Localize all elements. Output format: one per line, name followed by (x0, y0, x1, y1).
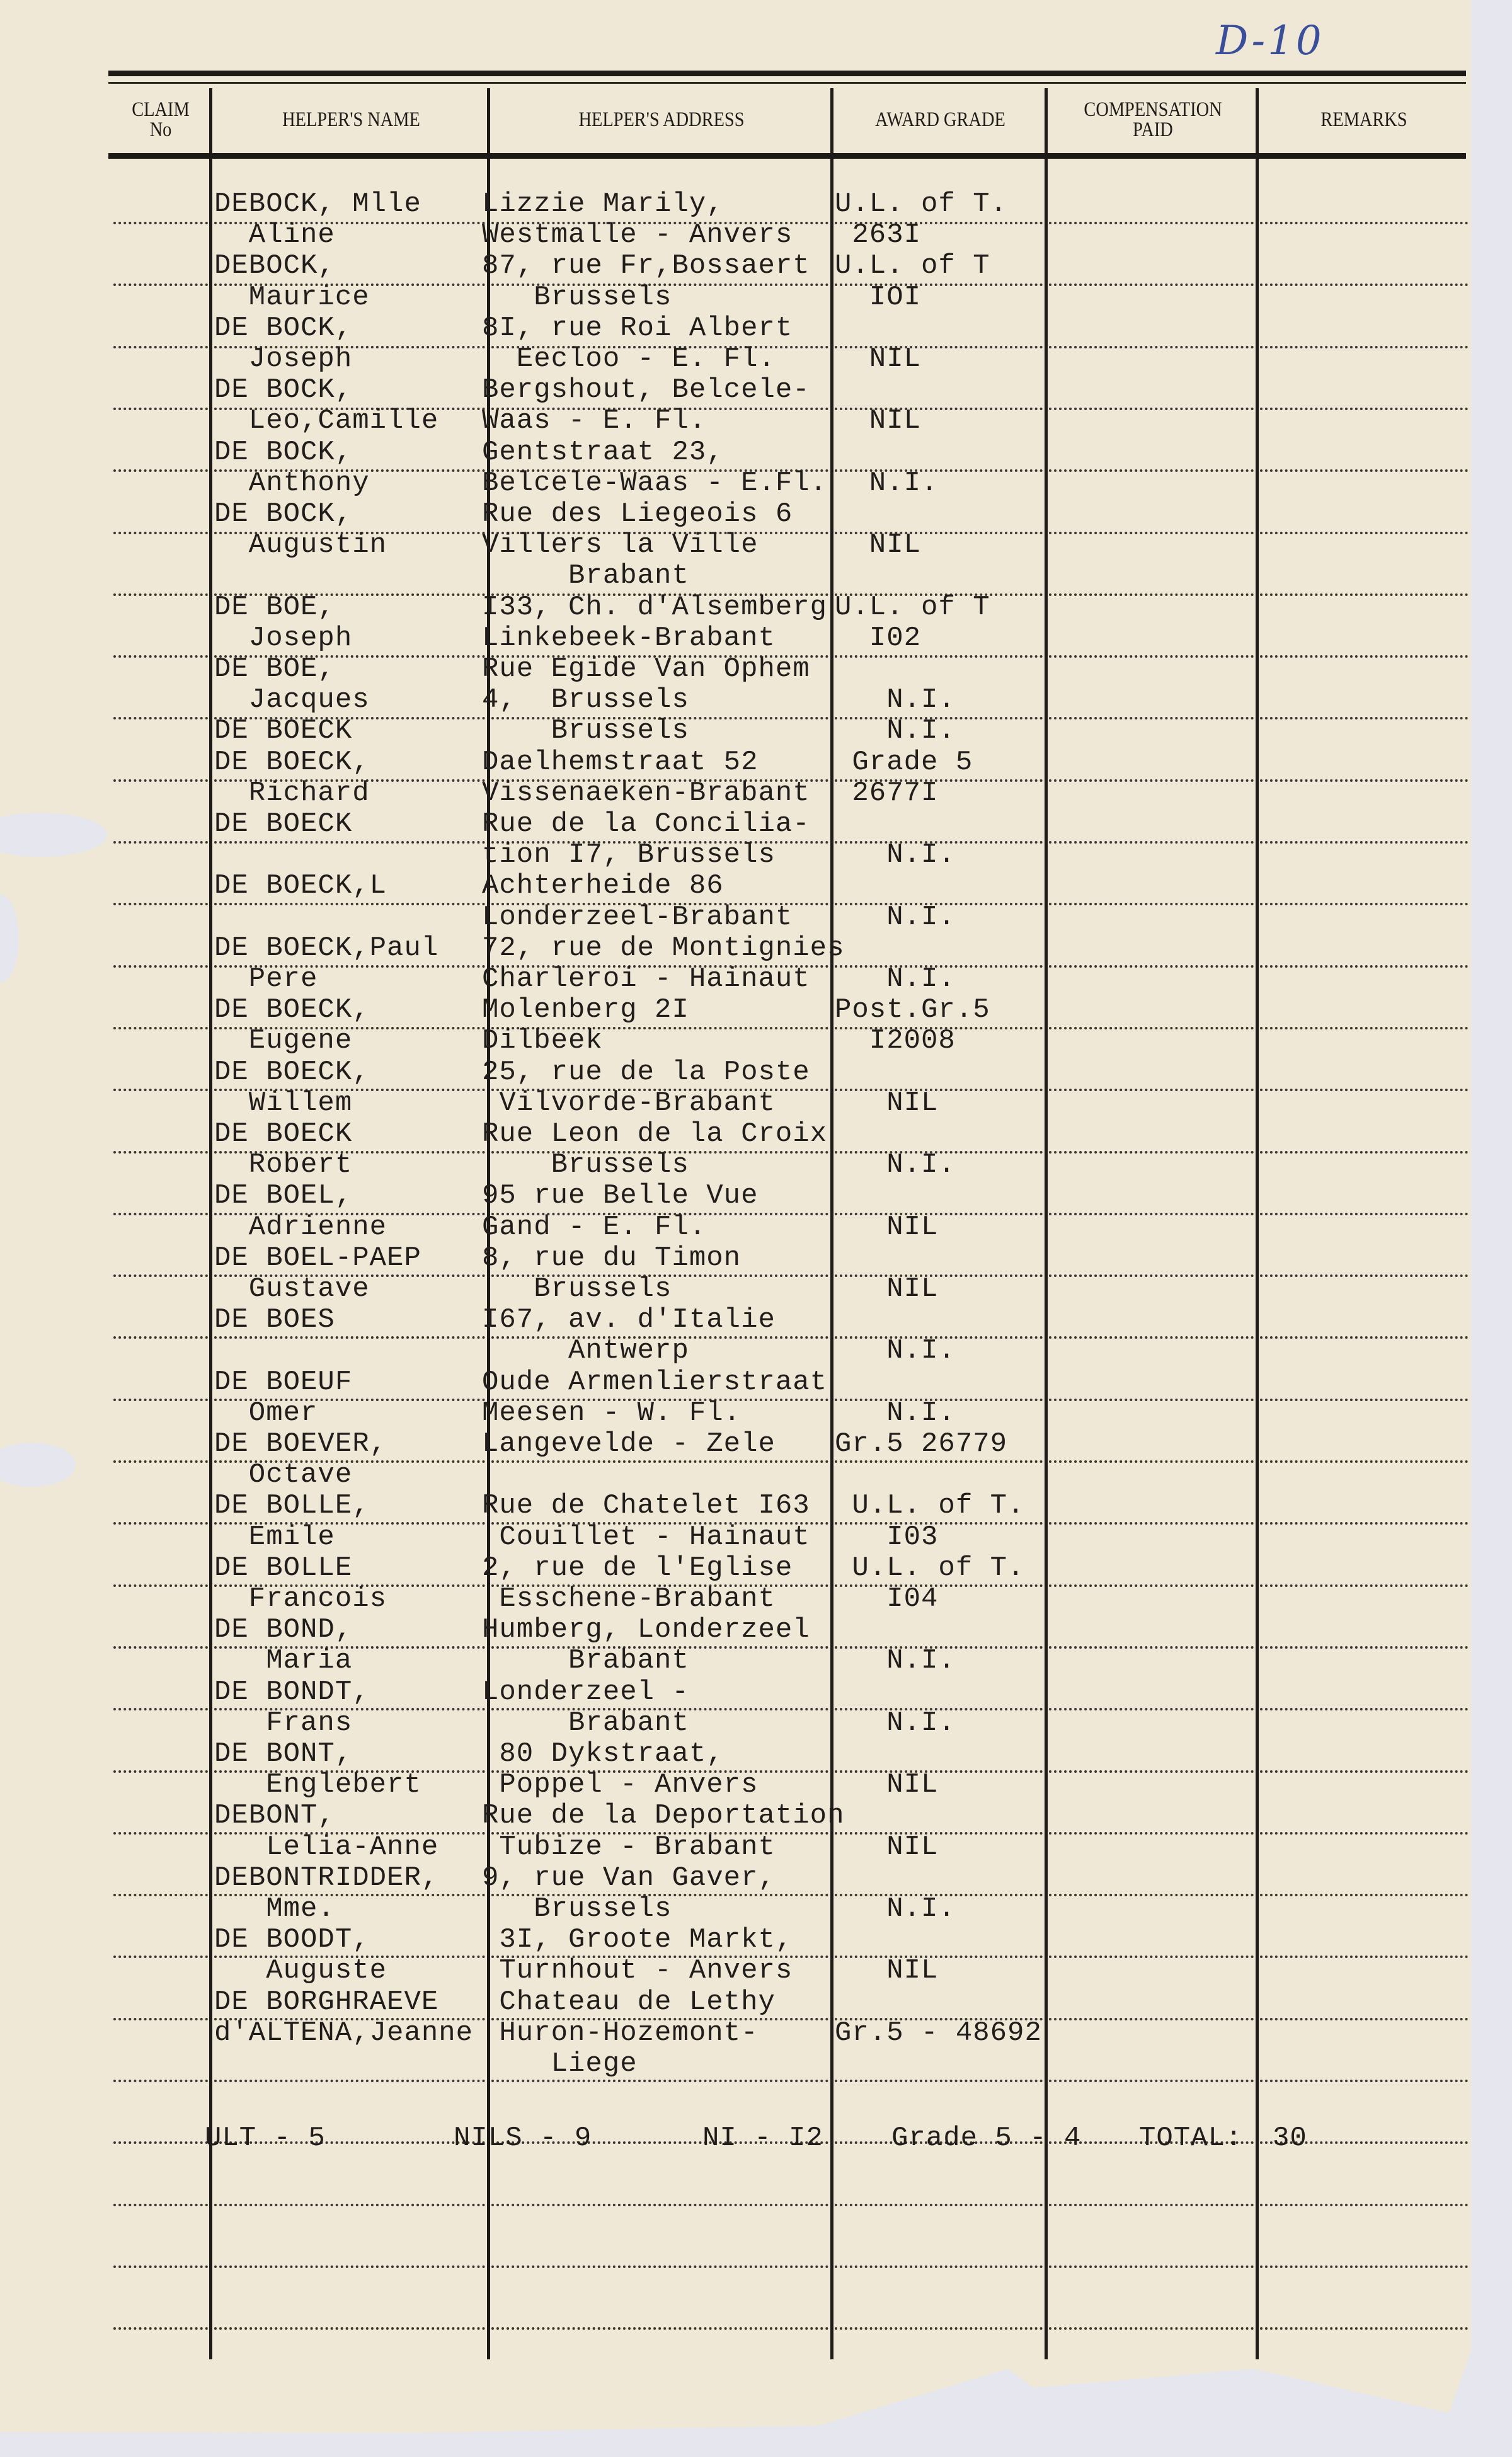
dotted-rule (113, 841, 208, 844)
helper-address: Brussels (482, 282, 672, 313)
dotted-rule (835, 2080, 1043, 2082)
award-grade: Gr.5 26779 (835, 1429, 1007, 1460)
award-grade: U.L. of T. (835, 1553, 1024, 1584)
helper-address: 87, rue Fr,Bossaert (482, 251, 810, 282)
helper-name: DE BOECK (214, 1119, 352, 1150)
dotted-rule (1260, 779, 1468, 782)
helper-name: Francois (214, 1584, 387, 1615)
helper-name: DE BOEUF (214, 1367, 352, 1398)
dotted-rule (113, 1399, 208, 1401)
helper-name: Eugene (214, 1026, 352, 1057)
helper-name: DE BOODT, (214, 1925, 370, 1956)
dotted-rule (113, 2327, 208, 2330)
helper-address: Rue de la Deportation (482, 1801, 845, 1831)
award-grade: Post.Gr.5 (835, 995, 990, 1026)
top-thin-rule (108, 82, 1466, 84)
header-remarks: REMARKS (1274, 88, 1453, 151)
helper-address: Linkebeek-Brabant (482, 623, 776, 654)
helper-address: Chateau de Lethy (482, 1987, 776, 2018)
helper-address: Couillet - Hainaut (482, 1522, 810, 1553)
dotted-rule (835, 655, 1043, 658)
helper-name: Anthony (214, 468, 370, 499)
helper-name: Gustave (214, 1274, 370, 1305)
summary-total-label: TOTAL: (1139, 2123, 1242, 2154)
dotted-rule (1049, 1274, 1254, 1277)
helper-address: 8, rue du Timon (482, 1243, 741, 1274)
helper-name: DE BOLLE (214, 1553, 352, 1584)
dotted-rule (113, 1832, 208, 1835)
helper-name: DEBOCK, (214, 251, 335, 282)
helper-address: 80 Dykstraat, (482, 1739, 724, 1770)
dotted-rule (113, 1770, 208, 1773)
dotted-rule (1260, 717, 1468, 719)
helper-name: Omer (214, 1398, 318, 1429)
helper-address: I33, Ch. d'Alsemberg (482, 592, 827, 623)
helper-name: Auguste (214, 1956, 387, 1986)
dotted-rule (1260, 1336, 1468, 1339)
dotted-rule (1260, 1460, 1468, 1463)
header-helpers-name: HELPER'S NAME (233, 88, 469, 151)
helper-address: Oude Armenlierstraat (482, 1367, 827, 1398)
helper-address: Antwerp (482, 1336, 689, 1366)
award-grade: N.I. (835, 1646, 956, 1676)
award-grade: IOI (835, 282, 921, 313)
award-grade: NIL (835, 530, 921, 561)
award-grade: N.I. (835, 1398, 956, 1429)
helper-name: DE BOECK, (214, 1057, 370, 1088)
helper-name: DE BOECK,L (214, 871, 387, 902)
dotted-rule (1049, 1089, 1254, 1091)
award-grade: U.L. of T (835, 251, 990, 282)
helper-name: DE BOND, (214, 1615, 352, 1646)
award-grade: 2677I (835, 778, 938, 809)
dotted-rule (113, 222, 208, 224)
dotted-rule (1260, 1584, 1468, 1587)
helper-name: DE BOECK, (214, 747, 370, 778)
dotted-rule (1049, 903, 1254, 905)
dotted-rule (113, 469, 208, 472)
helper-address: Londerzeel - (482, 1677, 689, 1708)
dotted-rule (1260, 222, 1468, 224)
helper-address: Eecloo - E. Fl. (482, 344, 776, 375)
helper-address: tion I7, Brussels (482, 840, 776, 871)
helper-name: Pere (214, 964, 318, 995)
dotted-rule (1260, 1770, 1468, 1773)
helper-name: DE BOES (214, 1305, 335, 1336)
dotted-rule (1049, 2204, 1254, 2206)
award-grade: N.I. (835, 840, 956, 871)
dotted-rule (113, 2141, 208, 2144)
summary-ni: NI - I2 (702, 2123, 823, 2154)
helper-name: DE BONT, (214, 1739, 352, 1770)
dotted-rule (1049, 1151, 1254, 1154)
dotted-rule (113, 2204, 208, 2206)
helper-address: Turnhout - Anvers (482, 1956, 793, 1986)
dotted-rule (1049, 469, 1254, 472)
award-grade: NIL (835, 1770, 938, 1801)
helper-address: Brussels (482, 1150, 689, 1181)
dotted-rule (1049, 2018, 1254, 2020)
helper-address: Rue de la Concilia- (482, 809, 810, 840)
dotted-rule (113, 1584, 208, 1587)
dotted-rule (113, 1894, 208, 1896)
dotted-rule (1049, 1460, 1254, 1463)
award-grade: I04 (835, 1584, 938, 1615)
handwritten-annotation: D-10 (1216, 18, 1324, 64)
dotted-rule (1260, 1213, 1468, 1215)
dotted-rule (1049, 2327, 1254, 2330)
dotted-rule (1049, 1894, 1254, 1896)
dotted-rule (214, 1336, 485, 1339)
dotted-rule (1260, 2080, 1468, 2082)
helper-address: Rue Leon de la Croix (482, 1119, 827, 1150)
award-grade: U.L. of T. (835, 1491, 1024, 1521)
helper-address: Lizzie Marily, (482, 189, 724, 220)
dotted-rule (1049, 655, 1254, 658)
helper-address: Brabant (482, 1646, 689, 1676)
summary-nils: NILS - 9 (454, 2123, 592, 2154)
helper-name: DE BOECK (214, 716, 352, 747)
award-grade: N.I. (835, 716, 956, 747)
dotted-rule (1049, 1646, 1254, 1649)
helper-name: DE BOECK, (214, 995, 370, 1026)
dotted-rule (1260, 2204, 1468, 2206)
award-grade: I2008 (835, 1026, 956, 1057)
helper-address: Liege (482, 2049, 638, 2080)
helper-address: 4, Brussels (482, 685, 689, 716)
helper-name: Adrienne (214, 1212, 387, 1243)
dotted-rule (113, 1151, 208, 1154)
dotted-rule (1260, 841, 1468, 844)
helper-address: Achterheide 86 (482, 871, 724, 902)
dotted-rule (113, 1336, 208, 1339)
helper-name: Emile (214, 1522, 335, 1553)
dotted-rule (1049, 717, 1254, 719)
award-grade: N.I. (835, 1894, 956, 1925)
helper-address: Vilvorde-Brabant (482, 1088, 776, 1119)
dotted-rule (1049, 2080, 1254, 2082)
dotted-rule (1260, 593, 1468, 596)
dotted-rule (1260, 2327, 1468, 2330)
dotted-rule (214, 841, 485, 844)
helper-address: Langevelde - Zele (482, 1429, 776, 1460)
helper-address: 9, rue Van Gaver, (482, 1863, 776, 1894)
helper-name: DE BOCK, (214, 313, 352, 344)
helper-name: DE BORGHRAEVE (214, 1987, 438, 2018)
dotted-rule (113, 655, 208, 658)
helper-address: Huron-Hozemont- (482, 2018, 758, 2049)
dotted-rule (214, 903, 485, 905)
dotted-rule (1260, 346, 1468, 348)
award-grade: N.I. (835, 1336, 956, 1366)
dotted-rule (1260, 408, 1468, 410)
helper-address: Waas - E. Fl. (482, 406, 706, 437)
dotted-rule (1049, 2265, 1254, 2268)
award-grade: NIL (835, 1088, 938, 1119)
helper-address: Vissenaeken-Brabant (482, 778, 810, 809)
dotted-rule (1049, 1027, 1254, 1029)
helper-address: Poppel - Anvers (482, 1770, 758, 1801)
helper-address: Rue des Liegeois 6 (482, 499, 793, 530)
helper-name: DEBOCK, Mlle (214, 189, 421, 220)
helper-address: 2, rue de l'Eglise (482, 1553, 793, 1584)
award-grade: NIL (835, 1832, 938, 1863)
dotted-rule (113, 2080, 208, 2082)
dotted-rule (113, 283, 208, 286)
dotted-rule (491, 1460, 828, 1463)
dotted-rule (1260, 2265, 1468, 2268)
helper-name: Robert (214, 1150, 352, 1181)
helper-address: Humberg, Londerzeel (482, 1615, 810, 1646)
helper-address: Bergshout, Belcele- (482, 375, 810, 406)
award-grade: Gr.5 - 48692 (835, 2018, 1042, 2049)
helper-address: Gand - E. Fl. (482, 1212, 706, 1243)
dotted-rule (113, 1522, 208, 1525)
helper-name: Aline (214, 220, 335, 251)
helper-address: Westmalle - Anvers (482, 220, 793, 251)
header-bottom-rule (108, 153, 1466, 159)
award-grade: N.I. (835, 1708, 956, 1739)
dotted-rule (113, 532, 208, 534)
helper-address: Brabant (482, 561, 689, 592)
dotted-rule (491, 2080, 828, 2082)
dotted-rule (1049, 222, 1254, 224)
dotted-rule (113, 717, 208, 719)
dotted-rule (1049, 1522, 1254, 1525)
dotted-rule (113, 346, 208, 348)
dotted-rule (1049, 1956, 1254, 1958)
dotted-rule (491, 2265, 828, 2268)
helper-address: Rue Egide Van Ophem (482, 654, 810, 685)
helper-address: Dilbeek (482, 1026, 603, 1057)
dotted-rule (113, 1274, 208, 1277)
dotted-rule (835, 1460, 1043, 1463)
dotted-rule (1260, 1894, 1468, 1896)
column-divider-claim-name (209, 88, 212, 2359)
award-grade: N.I. (835, 964, 956, 995)
dotted-rule (1049, 1770, 1254, 1773)
header-helpers-address: HELPER'S ADDRESS (515, 88, 808, 151)
helper-name: DE BOCK, (214, 375, 352, 406)
helper-address: Londerzeel-Brabant (482, 902, 793, 933)
dotted-rule (491, 2204, 828, 2206)
header-compensation-paid: COMPENSATION PAID (1063, 88, 1242, 151)
helper-address: 95 rue Belle Vue (482, 1181, 758, 1211)
helper-address: Charleroi - Hainaut (482, 964, 810, 995)
helper-name: DE BOE, (214, 654, 335, 685)
dotted-rule (1049, 532, 1254, 534)
award-grade: NIL (835, 406, 921, 437)
helper-name: Richard (214, 778, 370, 809)
helper-address: Molenberg 2I (482, 995, 689, 1026)
dotted-rule (1260, 1832, 1468, 1835)
helper-name: Joseph (214, 623, 352, 654)
award-grade: N.I. (835, 1150, 956, 1181)
helper-address: Brussels (482, 1274, 672, 1305)
dotted-rule (835, 2265, 1043, 2268)
dotted-rule (1049, 841, 1254, 844)
dotted-rule (1049, 346, 1254, 348)
summary-ult: ULT - 5 (205, 2123, 326, 2154)
helper-address: Brabant (482, 1708, 689, 1739)
dotted-rule (1260, 1089, 1468, 1091)
award-grade: I02 (835, 623, 921, 654)
dotted-rule (1049, 1213, 1254, 1215)
helper-address: 25, rue de la Poste (482, 1057, 810, 1088)
dotted-rule (113, 1089, 208, 1091)
dotted-rule (1260, 1646, 1468, 1649)
helper-address: Tubize - Brabant (482, 1832, 776, 1863)
helper-name: Octave (214, 1460, 352, 1491)
dotted-rule (1260, 532, 1468, 534)
dotted-rule (1049, 1584, 1254, 1587)
helper-address: 3I, Groote Markt, (482, 1925, 793, 1956)
dotted-rule (1049, 1708, 1254, 1710)
dotted-rule (214, 2265, 485, 2268)
column-divider-compensation-remarks (1256, 88, 1259, 2359)
helper-name: Frans (214, 1708, 352, 1739)
helper-name: Englebert (214, 1770, 421, 1801)
summary-grade5: Grade 5 - 4 (891, 2123, 1081, 2154)
award-grade: NIL (835, 1212, 938, 1243)
dotted-rule (1049, 408, 1254, 410)
award-grade: I03 (835, 1522, 938, 1553)
helper-name: DE BOECK (214, 809, 352, 840)
top-thick-rule (108, 71, 1466, 76)
award-grade: U.L. of T. (835, 189, 1007, 220)
dotted-rule (113, 1460, 208, 1463)
dotted-rule (1049, 1399, 1254, 1401)
header-claim-no: CLAIM No (117, 88, 204, 151)
dotted-rule (113, 2265, 208, 2268)
dotted-rule (1260, 1027, 1468, 1029)
dotted-rule (113, 1956, 208, 1958)
helper-address: Daelhemstraat 52 (482, 747, 758, 778)
award-grade: N.I. (835, 902, 956, 933)
dotted-rule (1049, 1832, 1254, 1835)
dotted-rule (113, 1646, 208, 1649)
helper-address: Brussels (482, 716, 689, 747)
dotted-rule (113, 1708, 208, 1710)
helper-name: DE BOE, (214, 592, 335, 623)
helper-name: DE BOEVER, (214, 1429, 387, 1460)
award-grade: N.I. (835, 468, 938, 499)
helper-name: DE BOCK, (214, 499, 352, 530)
award-grade: 263I (835, 220, 921, 251)
dotted-rule (214, 2080, 485, 2082)
helper-name: d'ALTENA,Jeanne (214, 2018, 473, 2049)
dotted-rule (113, 779, 208, 782)
dotted-rule (113, 1213, 208, 1215)
helper-address: Gentstraat 23, (482, 437, 724, 468)
summary-total-value: 30 (1273, 2123, 1307, 2154)
helper-name: DEBONT, (214, 1801, 335, 1831)
helper-address: 72, rue de Montignies (482, 933, 845, 964)
helper-name: DE BOECK,Paul (214, 933, 438, 964)
dotted-rule (491, 2327, 828, 2330)
dotted-rule (1260, 469, 1468, 472)
dotted-rule (1260, 1151, 1468, 1154)
award-grade: Grade 5 (835, 747, 973, 778)
dotted-rule (113, 593, 208, 596)
helper-address: Brussels (482, 1894, 672, 1925)
dotted-rule (1260, 965, 1468, 968)
helper-name: DE BONDT, (214, 1677, 370, 1708)
helper-name: Jacques (214, 685, 370, 716)
helper-address: Rue de Chatelet I63 (482, 1491, 810, 1521)
dotted-rule (1260, 655, 1468, 658)
helper-address: 8I, rue Roi Albert (482, 313, 793, 344)
dotted-rule (1049, 779, 1254, 782)
helper-address: Belcele-Waas - E.Fl. (482, 468, 827, 499)
dotted-rule (1260, 1956, 1468, 1958)
dotted-rule (1260, 1522, 1468, 1525)
award-grade: N.I. (835, 685, 956, 716)
dotted-rule (214, 2327, 485, 2330)
column-divider-address-award (830, 88, 833, 2359)
helper-name: Joseph (214, 344, 352, 375)
dotted-rule (113, 965, 208, 968)
column-divider-award-compensation (1045, 88, 1048, 2359)
award-grade: U.L. of T (835, 592, 990, 623)
helper-name: Augustin (214, 530, 387, 561)
helper-name: Maria (214, 1646, 352, 1676)
helper-address: Esschene-Brabant (482, 1584, 776, 1615)
helper-name: Maurice (214, 282, 370, 313)
dotted-rule (1049, 1336, 1254, 1339)
dotted-rule (1049, 965, 1254, 968)
dotted-rule (835, 2327, 1043, 2330)
dotted-rule (214, 2204, 485, 2206)
helper-address: Villers la Ville (482, 530, 758, 561)
award-grade: NIL (835, 1274, 938, 1305)
helper-name: Willem (214, 1088, 352, 1119)
helper-name: DE BOCK, (214, 437, 352, 468)
dotted-rule (113, 2018, 208, 2020)
dotted-rule (1260, 283, 1468, 286)
dotted-rule (1260, 2018, 1468, 2020)
dotted-rule (1049, 593, 1254, 596)
dotted-rule (1260, 1274, 1468, 1277)
dotted-rule (1260, 1708, 1468, 1710)
dotted-rule (113, 1027, 208, 1029)
helper-name: Leo,Camille (214, 406, 438, 437)
award-grade: NIL (835, 344, 921, 375)
helper-name: DE BOEL, (214, 1181, 352, 1211)
award-grade: NIL (835, 1956, 938, 1986)
header-award-grade: AWARD GRADE (849, 88, 1031, 151)
dotted-rule (1049, 283, 1254, 286)
helper-name: Mme. (214, 1894, 335, 1925)
helper-name: DE BOLLE, (214, 1491, 370, 1521)
dotted-rule (835, 2204, 1043, 2206)
dotted-rule (1260, 903, 1468, 905)
dotted-rule (113, 903, 208, 905)
dotted-rule (1260, 1399, 1468, 1401)
helper-address: I67, av. d'Italie (482, 1305, 776, 1336)
helper-name: DE BOEL-PAEP (214, 1243, 421, 1274)
helper-name: DEBONTRIDDER, (214, 1863, 438, 1894)
helper-name: Lelia-Anne (214, 1832, 438, 1863)
dotted-rule (113, 408, 208, 410)
helper-address: Meesen - W. Fl. (482, 1398, 741, 1429)
